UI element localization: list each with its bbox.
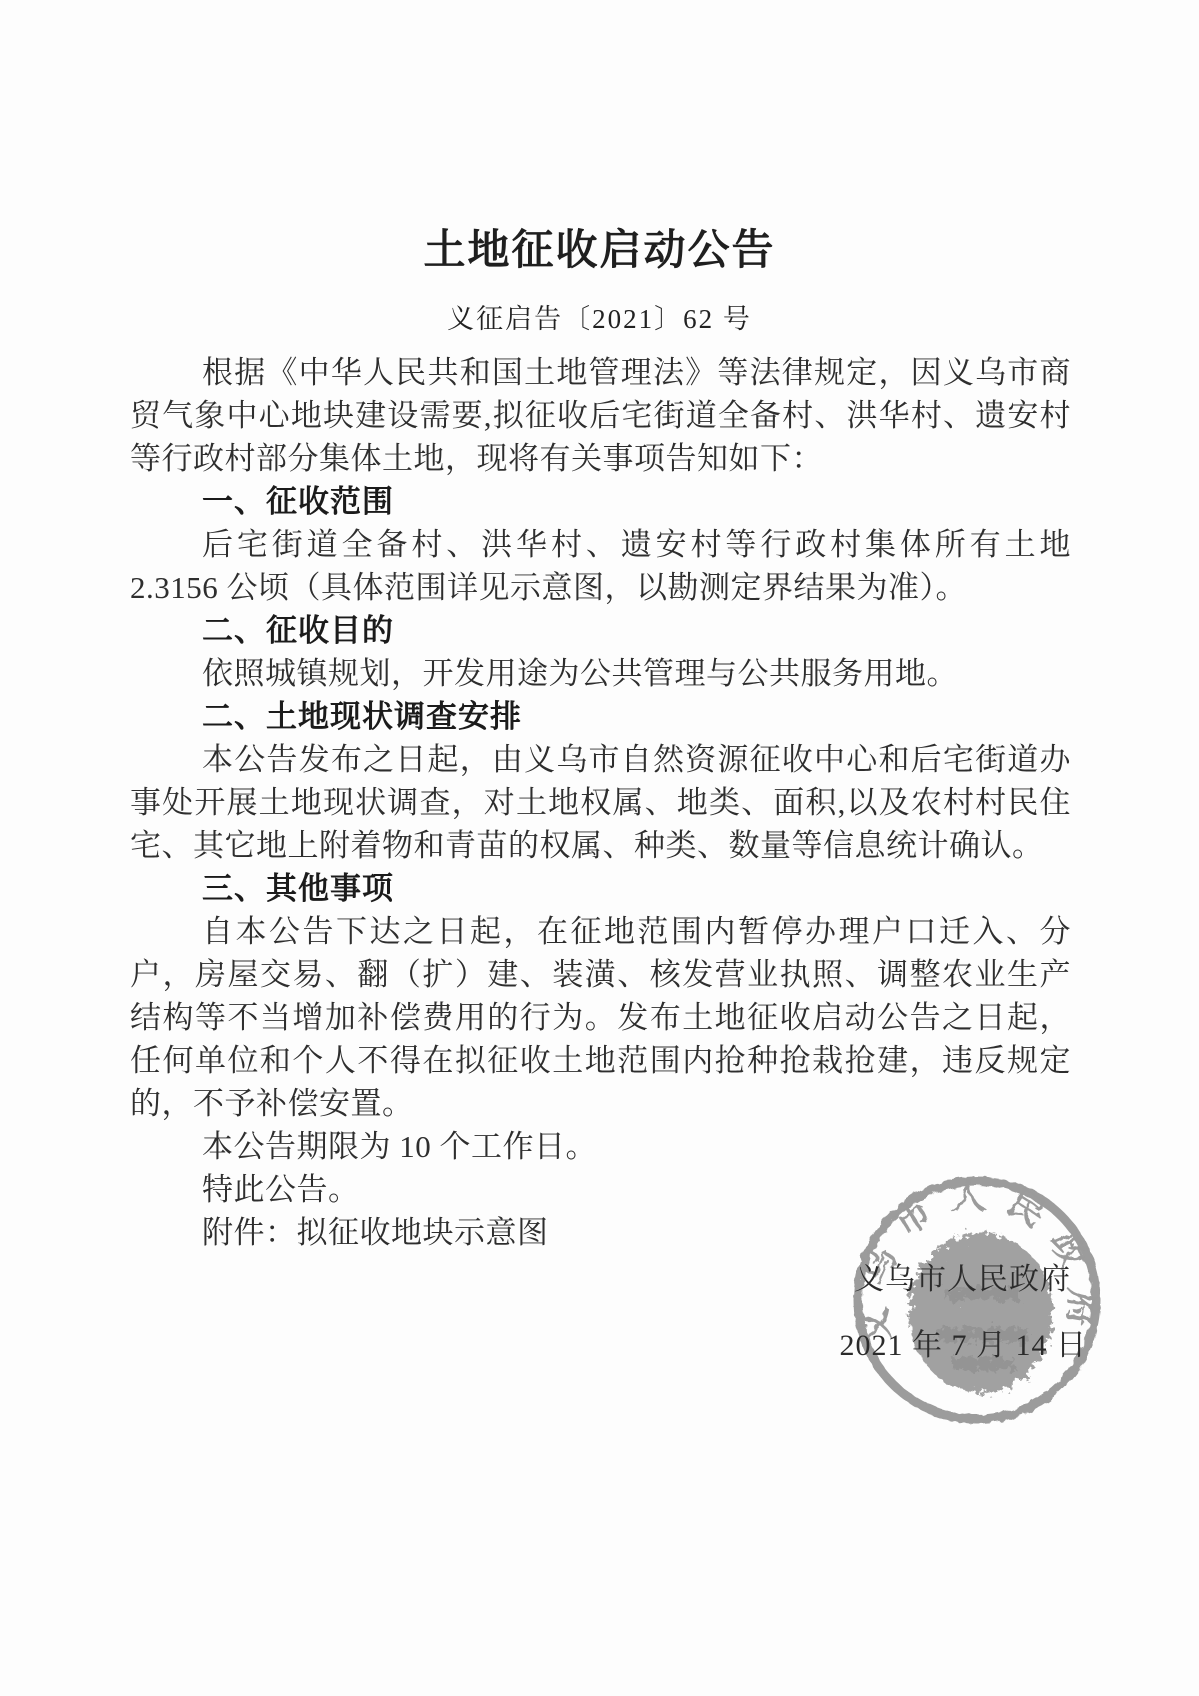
paragraph: 后宅街道全备村、洪华村、遗安村等行政村集体所有土地2.3156 公顷（具体范围详… — [130, 523, 1071, 609]
issue-date: 2021 年 7 月 14 日 — [840, 1329, 1088, 1363]
paragraph: 根据《中华人民共和国土地管理法》等法律规定，因义乌市商贸气象中心地块建设需要,拟… — [130, 351, 1071, 480]
issuer-signature: 义乌市人民政府 — [854, 1263, 1071, 1297]
paragraph: 本公告期限为 10 个工作日。 — [130, 1125, 1071, 1168]
paragraph: 本公告发布之日起，由义乌市自然资源征收中心和后宅街道办事处开展土地现状调查，对土… — [130, 738, 1071, 867]
page-title: 土地征收启动公告 — [0, 228, 1199, 274]
section-heading: 三、其他事项 — [130, 867, 1071, 910]
national-emblem-icon — [909, 1233, 1053, 1393]
document-number: 义征启告〔2021〕62 号 — [0, 301, 1199, 337]
announcement-body: 根据《中华人民共和国土地管理法》等法律规定，因义乌市商贸气象中心地块建设需要,拟… — [130, 351, 1071, 1254]
paragraph: 自本公告下达之日起，在征地范围内暂停办理户口迁入、分户，房屋交易、翻（扩）建、装… — [130, 910, 1071, 1125]
section-heading: 二、土地现状调查安排 — [130, 695, 1071, 738]
announcement-page: 土地征收启动公告 义征启告〔2021〕62 号 根据《中华人民共和国土地管理法》… — [0, 0, 1199, 1696]
paragraph: 特此公告。 — [130, 1168, 1071, 1211]
attachment-line: 附件：拟征收地块示意图 — [130, 1211, 1071, 1254]
section-heading: 二、征收目的 — [130, 609, 1071, 652]
section-heading: 一、征收范围 — [130, 480, 1071, 523]
paragraph: 依照城镇规划，开发用途为公共管理与公共服务用地。 — [130, 652, 1071, 695]
